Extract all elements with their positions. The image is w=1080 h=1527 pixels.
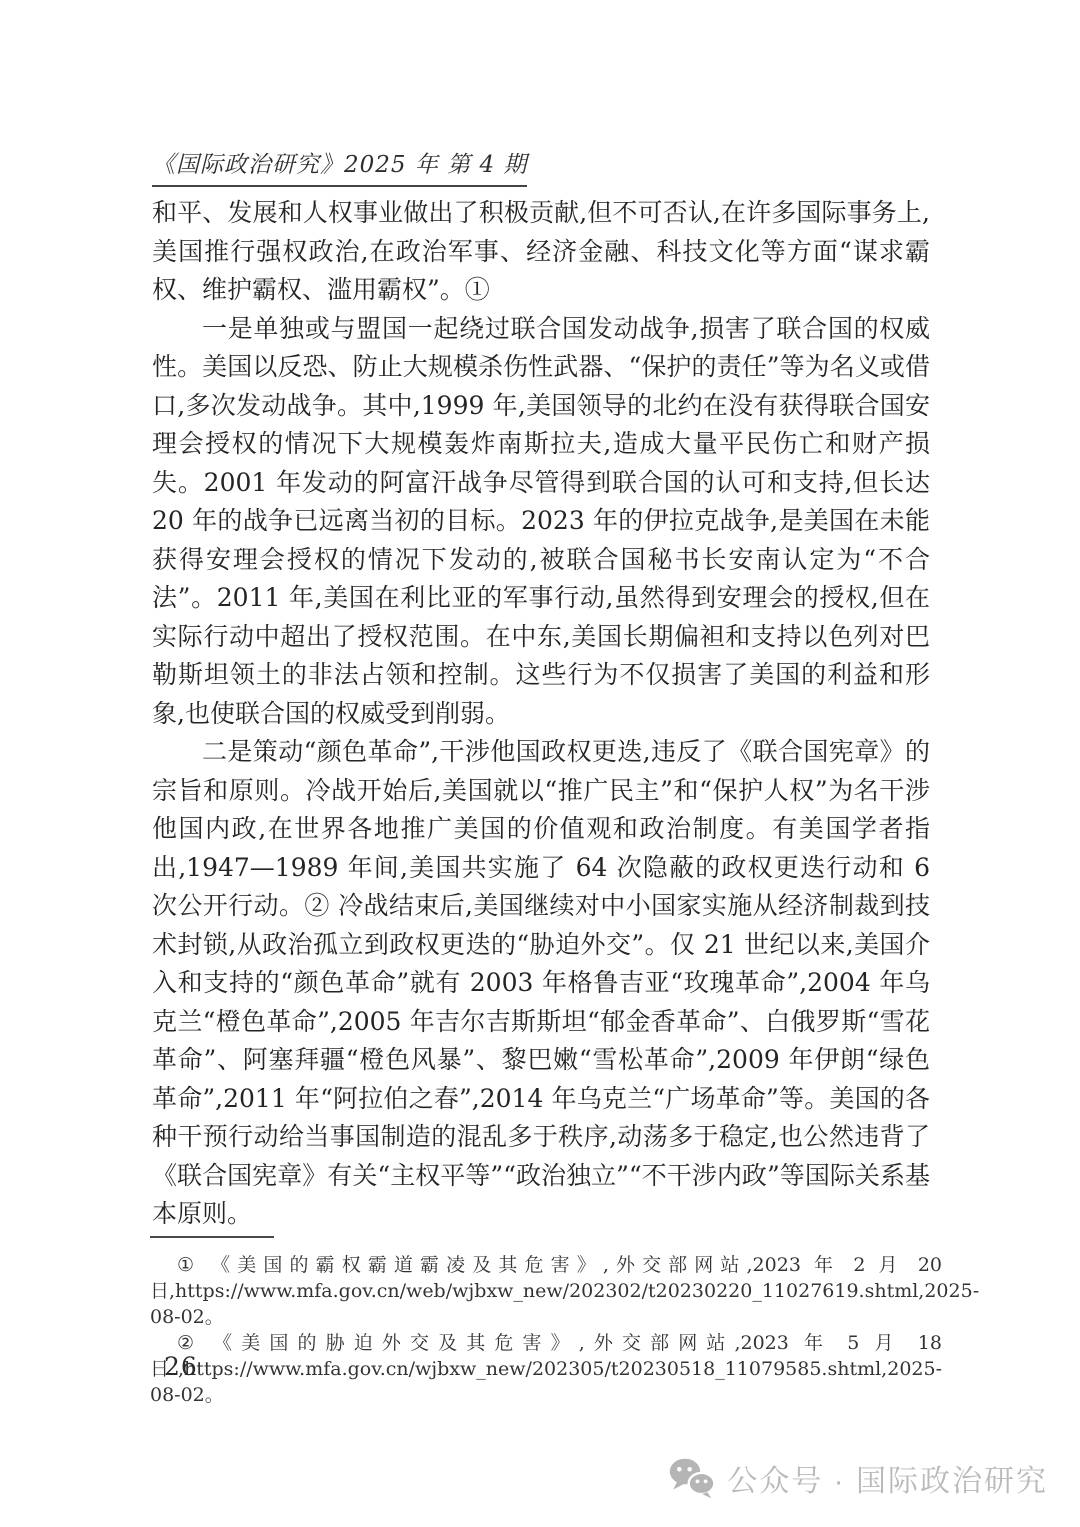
footnote-marker: ②	[177, 1332, 203, 1354]
journal-issue-header: 《国际政治研究》2025 年 第 4 期	[152, 146, 527, 187]
footnote-divider	[150, 1236, 274, 1238]
wechat-watermark: 公众号 · 国际政治研究	[668, 1456, 1048, 1500]
footnote-text: 《美国的胁迫外交及其危害》,外交部网站,2023 年 5 月 18 日,http…	[150, 1332, 942, 1406]
wechat-icon	[668, 1457, 716, 1499]
journal-page: 《国际政治研究》2025 年 第 4 期 和平、发展和人权事业做出了积极贡献,但…	[0, 0, 1080, 1527]
footnote-text: 《美国的霸权霸道霸凌及其危害》,外交部网站,2023 年 2 月 20 日,ht…	[150, 1254, 979, 1328]
article-body: 和平、发展和人权事业做出了积极贡献,但不可否认,在许多国际事务上,美国推行强权政…	[152, 194, 930, 1234]
footnotes-section: ①《美国的霸权霸道霸凌及其危害》,外交部网站,2023 年 2 月 20 日,h…	[150, 1252, 942, 1408]
watermark-label: 公众号 · 国际政治研究	[727, 1456, 1048, 1500]
footnote-marker: ①	[177, 1254, 201, 1276]
footnote: ②《美国的胁迫外交及其危害》,外交部网站,2023 年 5 月 18 日,htt…	[150, 1330, 942, 1408]
body-paragraph: 二是策动“颜色革命”,干涉他国政权更迭,违反了《联合国宪章》的宗旨和原则。冷战开…	[152, 733, 930, 1234]
page-number: 26	[164, 1352, 198, 1381]
body-paragraph: 一是单独或与盟国一起绕过联合国发动战争,损害了联合国的权威性。美国以反恐、防止大…	[152, 310, 930, 734]
body-paragraph: 和平、发展和人权事业做出了积极贡献,但不可否认,在许多国际事务上,美国推行强权政…	[152, 194, 930, 310]
footnote: ①《美国的霸权霸道霸凌及其危害》,外交部网站,2023 年 2 月 20 日,h…	[150, 1252, 942, 1330]
